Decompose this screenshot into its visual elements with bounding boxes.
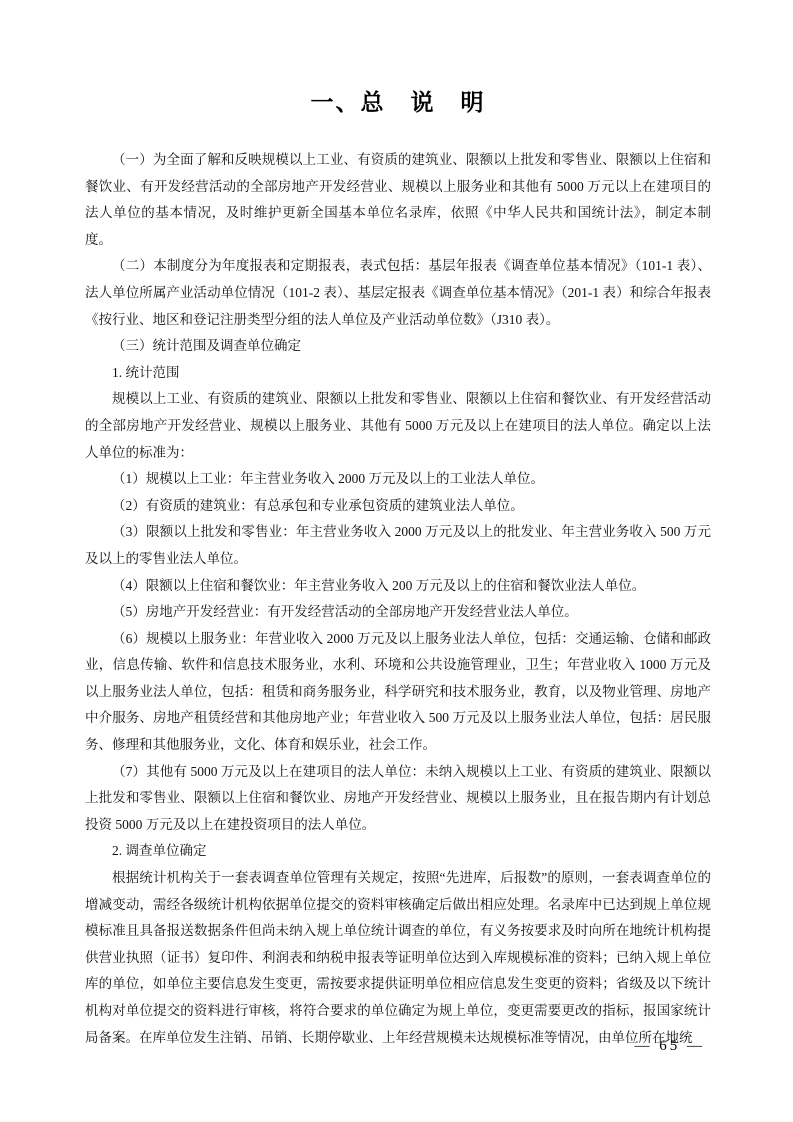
- paragraph: （2）有资质的建筑业：有总承包和专业承包资质的建筑业法人单位。: [85, 493, 711, 520]
- paragraph: （二）本制度分为年度报表和定期报表，表式包括：基层年报表《调查单位基本情况》（1…: [85, 253, 711, 333]
- paragraph: 1. 统计范围: [85, 360, 711, 387]
- document-body: （一）为全面了解和反映规模以上工业、有资质的建筑业、限额以上批发和零售业、限额以…: [85, 147, 711, 1051]
- page-title: 一、总 说 明: [85, 84, 711, 117]
- paragraph: （4）限额以上住宿和餐饮业：年主营业务收入 200 万元及以上的住宿和餐饮业法人…: [85, 573, 711, 600]
- paragraph: （5）房地产开发经营业：有开发经营活动的全部房地产开发经营业法人单位。: [85, 599, 711, 626]
- paragraph: （三）统计范围及调查单位确定: [85, 333, 711, 360]
- document-page: 一、总 说 明 （一）为全面了解和反映规模以上工业、有资质的建筑业、限额以上批发…: [0, 0, 793, 1122]
- paragraph: （一）为全面了解和反映规模以上工业、有资质的建筑业、限额以上批发和零售业、限额以…: [85, 147, 711, 253]
- paragraph: （3）限额以上批发和零售业：年主营业务收入 2000 万元及以上的批发业、年主营…: [85, 519, 711, 572]
- paragraph: （7）其他有 5000 万元及以上在建项目的法人单位：未纳入规模以上工业、有资质…: [85, 759, 711, 839]
- paragraph: （6）规模以上服务业：年营业收入 2000 万元及以上服务业法人单位，包括：交通…: [85, 626, 711, 759]
- paragraph: 规模以上工业、有资质的建筑业、限额以上批发和零售业、限额以上住宿和餐饮业、有开发…: [85, 386, 711, 466]
- paragraph: 2. 调查单位确定: [85, 838, 711, 865]
- paragraph: 根据统计机构关于一套表调查单位管理有关规定，按照“先进库，后报数”的原则，一套表…: [85, 865, 711, 1051]
- paragraph: （1）规模以上工业：年主营业务收入 2000 万元及以上的工业法人单位。: [85, 466, 711, 493]
- page-number: — 65 —: [635, 1038, 706, 1055]
